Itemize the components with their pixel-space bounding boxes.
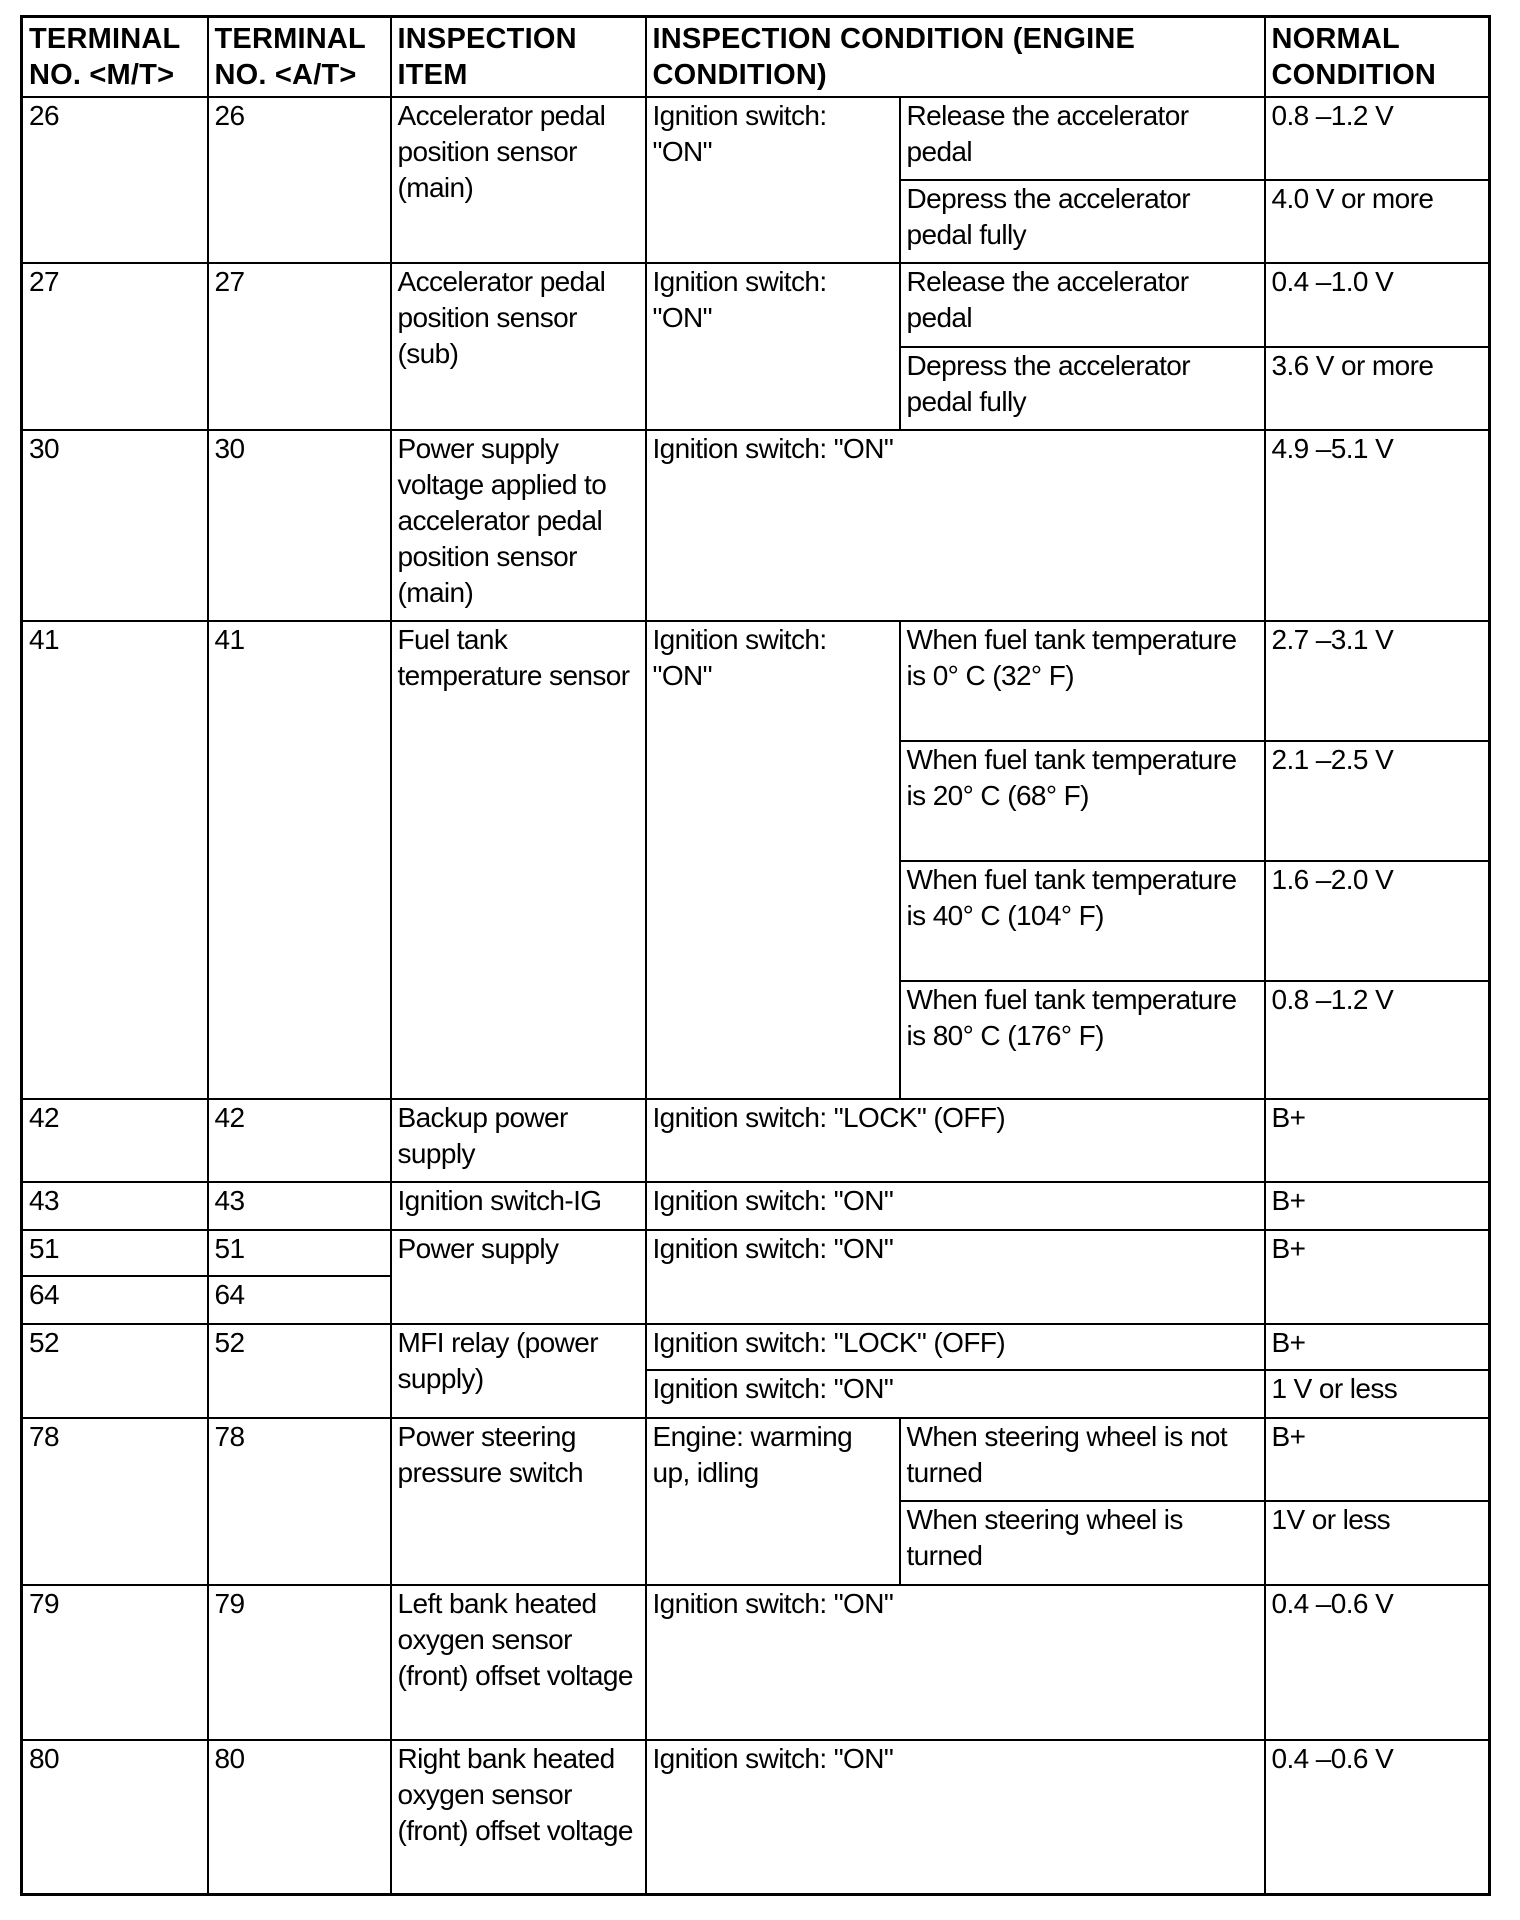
normal-value: 1V or less xyxy=(1265,1501,1490,1585)
inspection-item: Power supply voltage applied to accelera… xyxy=(391,430,646,621)
condition-detail: When steering wheel is turned xyxy=(900,1501,1265,1585)
table-row: 80 80 Right bank heated oxygen sensor (f… xyxy=(22,1740,1490,1895)
inspection-condition: Ignition switch: "LOCK" (OFF) xyxy=(646,1324,1265,1370)
inspection-condition: Ignition switch: "LOCK" (OFF) xyxy=(646,1099,1265,1182)
normal-value: B+ xyxy=(1265,1324,1490,1370)
terminal-at: 42 xyxy=(208,1099,391,1182)
table-row: 51 51 Power supply Ignition switch: "ON"… xyxy=(22,1230,1490,1276)
condition-detail: Release the accelerator pedal xyxy=(900,263,1265,347)
normal-value: 2.1 –2.5 V xyxy=(1265,741,1490,861)
normal-value: 1 V or less xyxy=(1265,1370,1490,1418)
normal-value: B+ xyxy=(1265,1099,1490,1182)
normal-value: 0.8 –1.2 V xyxy=(1265,97,1490,180)
table-row: 26 26 Accelerator pedal position sensor … xyxy=(22,97,1490,180)
inspection-condition: Ignition switch: "ON" xyxy=(646,1370,1265,1418)
terminal-at: 78 xyxy=(208,1418,391,1585)
header-normal-condition: NORMAL CONDITION xyxy=(1265,17,1490,97)
condition-detail: When fuel tank temperature is 0° C (32° … xyxy=(900,621,1265,741)
condition-detail: Depress the accelerator pedal fully xyxy=(900,347,1265,430)
terminal-mt: 51 xyxy=(22,1230,208,1276)
terminal-mt: 52 xyxy=(22,1324,208,1418)
normal-value: 0.4 –0.6 V xyxy=(1265,1585,1490,1740)
normal-value: 0.4 –0.6 V xyxy=(1265,1740,1490,1895)
table-row: 27 27 Accelerator pedal position sensor … xyxy=(22,263,1490,347)
header-inspection-condition: INSPECTION CONDITION (ENGINE CONDITION) xyxy=(646,17,1265,97)
inspection-condition: Ignition switch: "ON" xyxy=(646,1740,1265,1895)
inspection-item: Power supply xyxy=(391,1230,646,1324)
normal-value: 3.6 V or more xyxy=(1265,347,1490,430)
inspection-item: Power steering pressure switch xyxy=(391,1418,646,1585)
inspection-condition: Ignition switch: "ON" xyxy=(646,1230,1265,1324)
header-terminal-mt: TERMINAL NO. <M/T> xyxy=(22,17,208,97)
normal-value: 0.8 –1.2 V xyxy=(1265,981,1490,1099)
condition-detail: Depress the accelerator pedal fully xyxy=(900,180,1265,263)
condition-detail: Release the accelerator pedal xyxy=(900,97,1265,180)
terminal-mt: 41 xyxy=(22,621,208,1099)
terminal-mt: 26 xyxy=(22,97,208,263)
inspection-item: Ignition switch-IG xyxy=(391,1182,646,1230)
header-row: TERMINAL NO. <M/T> TERMINAL NO. <A/T> IN… xyxy=(22,17,1490,97)
condition-detail: When fuel tank temperature is 40° C (104… xyxy=(900,861,1265,981)
inspection-item: Fuel tank temperature sensor xyxy=(391,621,646,1099)
normal-value: B+ xyxy=(1265,1230,1490,1324)
normal-value: 0.4 –1.0 V xyxy=(1265,263,1490,347)
terminal-at: 79 xyxy=(208,1585,391,1740)
terminal-at: 43 xyxy=(208,1182,391,1230)
inspection-item: Right bank heated oxygen sensor (front) … xyxy=(391,1740,646,1895)
terminal-at: 51 xyxy=(208,1230,391,1276)
normal-value: 4.9 –5.1 V xyxy=(1265,430,1490,621)
terminal-at: 80 xyxy=(208,1740,391,1895)
normal-value: 1.6 –2.0 V xyxy=(1265,861,1490,981)
inspection-condition: Ignition switch: "ON" xyxy=(646,263,900,430)
terminal-mt: 42 xyxy=(22,1099,208,1182)
terminal-at: 52 xyxy=(208,1324,391,1418)
inspection-condition: Ignition switch: "ON" xyxy=(646,1585,1265,1740)
terminal-at: 64 xyxy=(208,1276,391,1324)
inspection-condition: Ignition switch: "ON" xyxy=(646,1182,1265,1230)
terminal-mt: 43 xyxy=(22,1182,208,1230)
header-inspection-item: INSPECTION ITEM xyxy=(391,17,646,97)
table-row: 78 78 Power steering pressure switch Eng… xyxy=(22,1418,1490,1501)
inspection-condition: Engine: warming up, idling xyxy=(646,1418,900,1585)
terminal-at: 26 xyxy=(208,97,391,263)
terminal-mt: 27 xyxy=(22,263,208,430)
normal-value: 2.7 –3.1 V xyxy=(1265,621,1490,741)
header-terminal-at: TERMINAL NO. <A/T> xyxy=(208,17,391,97)
terminal-at: 27 xyxy=(208,263,391,430)
inspection-item: Accelerator pedal position sensor (main) xyxy=(391,97,646,263)
terminal-mt: 64 xyxy=(22,1276,208,1324)
normal-value: B+ xyxy=(1265,1418,1490,1501)
condition-detail: When fuel tank temperature is 80° C (176… xyxy=(900,981,1265,1099)
condition-detail: When steering wheel is not turned xyxy=(900,1418,1265,1501)
table-row: 41 41 Fuel tank temperature sensor Ignit… xyxy=(22,621,1490,741)
table-row: 42 42 Backup power supply Ignition switc… xyxy=(22,1099,1490,1182)
table-row: 79 79 Left bank heated oxygen sensor (fr… xyxy=(22,1585,1490,1740)
terminal-mt: 79 xyxy=(22,1585,208,1740)
inspection-item: MFI relay (power supply) xyxy=(391,1324,646,1418)
normal-value: 4.0 V or more xyxy=(1265,180,1490,263)
inspection-item: Accelerator pedal position sensor (sub) xyxy=(391,263,646,430)
table-row: 43 43 Ignition switch-IG Ignition switch… xyxy=(22,1182,1490,1230)
inspection-item: Backup power supply xyxy=(391,1099,646,1182)
table-row: 30 30 Power supply voltage applied to ac… xyxy=(22,430,1490,621)
inspection-condition: Ignition switch: "ON" xyxy=(646,430,1265,621)
normal-value: B+ xyxy=(1265,1182,1490,1230)
terminal-mt: 78 xyxy=(22,1418,208,1585)
inspection-condition: Ignition switch: "ON" xyxy=(646,97,900,263)
inspection-condition: Ignition switch: "ON" xyxy=(646,621,900,1099)
terminal-at: 41 xyxy=(208,621,391,1099)
condition-detail: When fuel tank temperature is 20° C (68°… xyxy=(900,741,1265,861)
terminal-mt: 80 xyxy=(22,1740,208,1895)
terminal-mt: 30 xyxy=(22,430,208,621)
terminal-at: 30 xyxy=(208,430,391,621)
table-row: 52 52 MFI relay (power supply) Ignition … xyxy=(22,1324,1490,1370)
inspection-item: Left bank heated oxygen sensor (front) o… xyxy=(391,1585,646,1740)
terminal-inspection-table: TERMINAL NO. <M/T> TERMINAL NO. <A/T> IN… xyxy=(20,15,1491,1896)
